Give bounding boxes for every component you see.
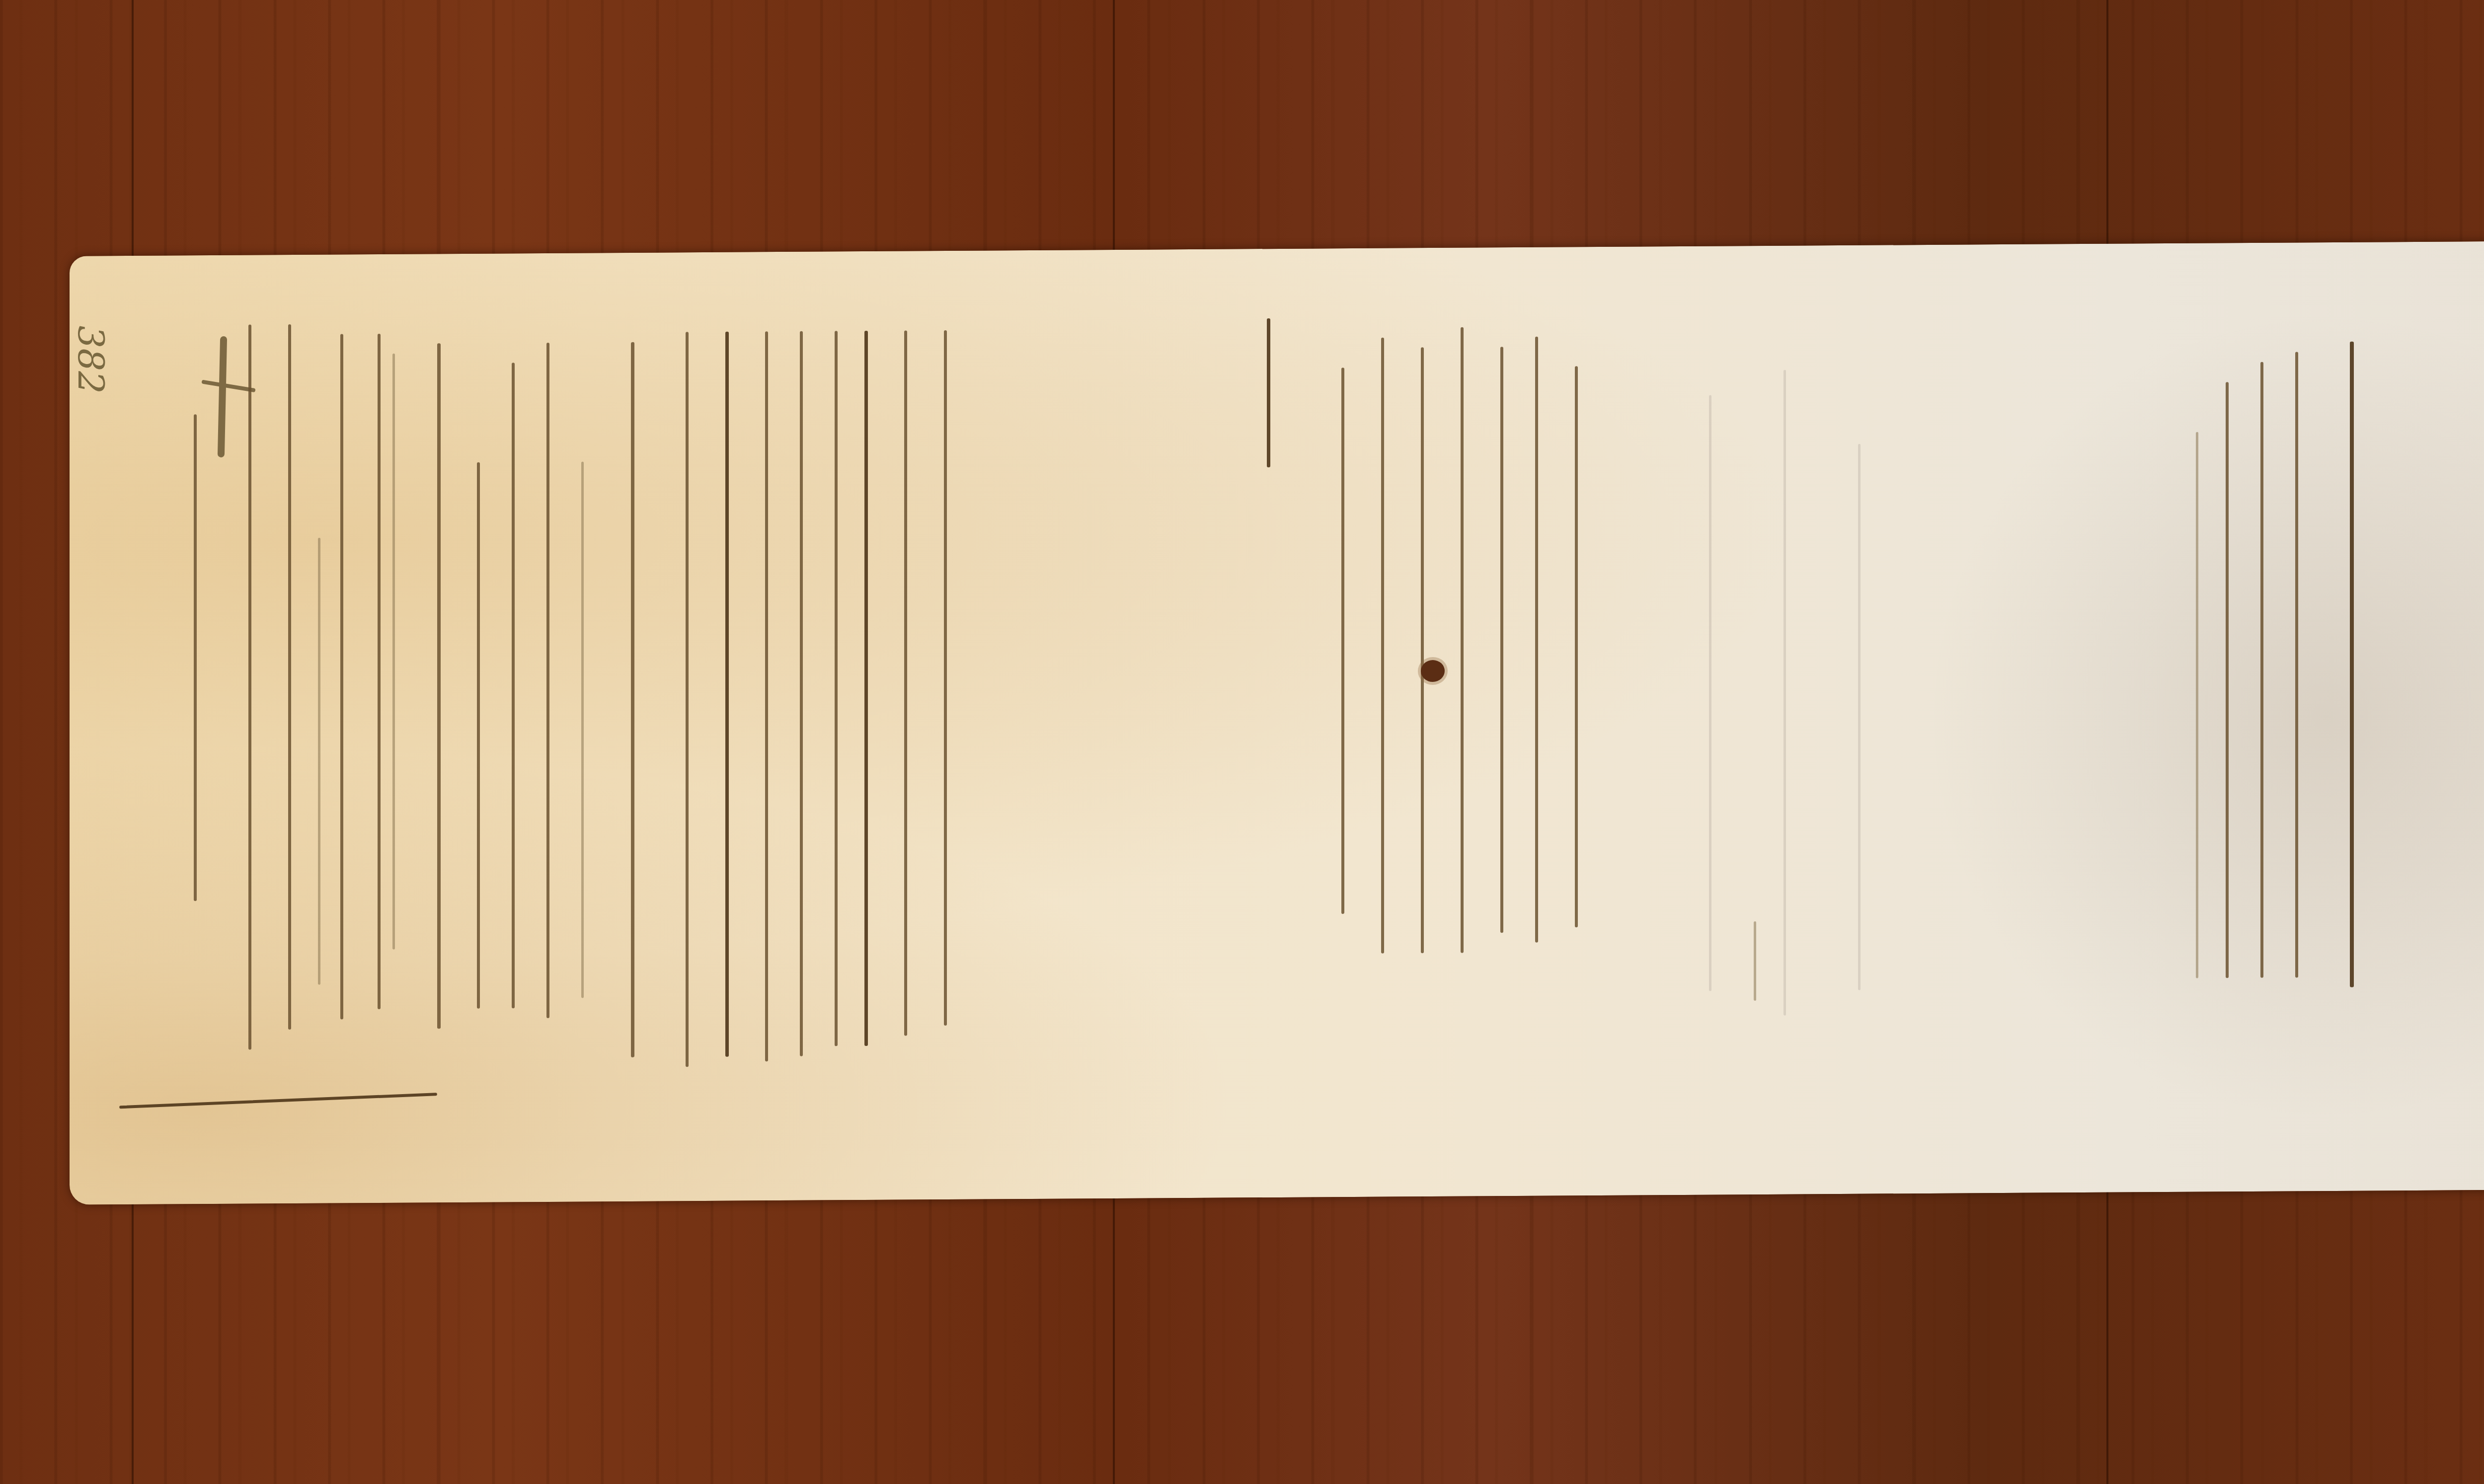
- folio-number: 382: [70, 325, 112, 394]
- manuscript-leaf: 382: [70, 240, 2484, 1205]
- show-through-line: [1709, 395, 1711, 991]
- show-through-ink: [1858, 240, 2484, 1194]
- show-through-line: [1784, 370, 1786, 1016]
- worm-hole: [1421, 660, 1445, 682]
- show-through-line: [1858, 444, 1861, 990]
